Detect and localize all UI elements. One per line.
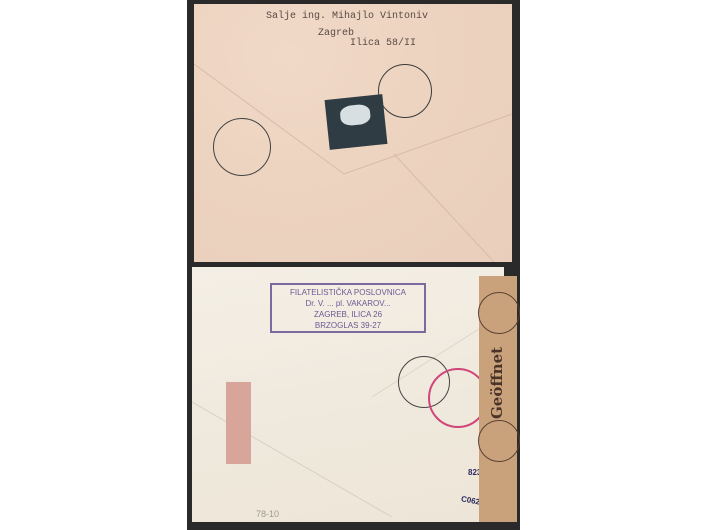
box-line-1: FILATELISTIČKA POSLOVNICA — [272, 287, 424, 298]
rotated-postmark — [213, 118, 271, 176]
sender-line-1: Salje ing. Mihajlo Vintoniv — [266, 11, 428, 22]
sender-line-2: Zagreb — [318, 28, 354, 39]
box-line-4: BRZOGLAS 39-27 — [272, 320, 424, 331]
box-line-2: Dr. V. ... pl. VAKAROV... — [272, 298, 424, 309]
pencil-note: 78-10 — [256, 509, 279, 519]
eagle-censor-seal-bottom — [478, 420, 520, 462]
box-line-3: ZAGREB, ILICA 26 — [272, 309, 424, 320]
pink-paper-strip — [226, 382, 251, 464]
eagle-censor-seal-top — [478, 292, 520, 334]
postage-stamp — [325, 94, 388, 150]
zagreb-postmark — [378, 64, 432, 118]
censor-tape-text: Geöffnet — [488, 369, 506, 419]
dealer-box-stamp: FILATELISTIČKA POSLOVNICA Dr. V. ... pl.… — [270, 283, 426, 333]
sender-line-3: Ilica 58/II — [350, 38, 416, 49]
